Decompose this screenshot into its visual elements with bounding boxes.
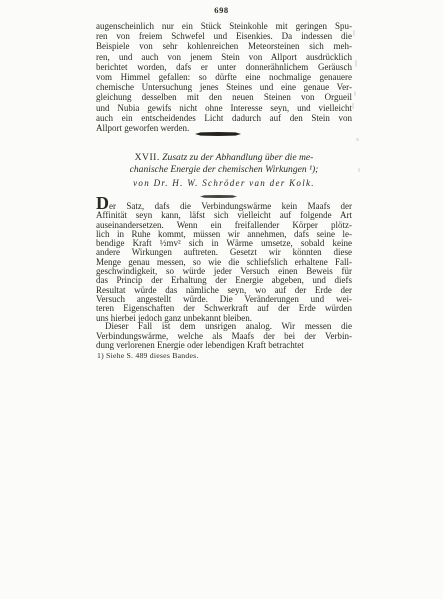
text-line: Allport geworfen werden. — [96, 123, 352, 133]
heading-line: XVII. Zusatz zu der Abhandlung über die … — [90, 152, 358, 164]
heading-author-line: von Dr. H. W. Schröder van der Kolk. — [90, 177, 358, 189]
text-line: ren von freiem Schwefel und Eisenkies. D… — [96, 31, 352, 41]
scan-speck — [354, 91, 356, 96]
footnote: 1) Siehe S. 489 dieses Bandes. — [97, 351, 353, 360]
text-line: ren, und auch von jenem Stein von Allpor… — [96, 52, 352, 62]
article-number: XVII. — [135, 152, 160, 163]
heading-line: chanische Energie der chemischen Wirkung… — [90, 164, 358, 176]
initial-capital: D — [96, 197, 109, 209]
text-line: berichtet worden, dafs er unter donneräh… — [96, 62, 352, 72]
scanned-book-page: 698 augenscheinlich nur ein Stück Steink… — [0, 0, 443, 599]
text-line: Beispiele von sehr kohlenreichen Meteors… — [96, 41, 352, 51]
scan-speck — [356, 138, 359, 141]
text-line: augenscheinlich nur ein Stück Steinkohle… — [96, 21, 352, 31]
scan-speck — [352, 103, 354, 109]
scan-speck — [355, 60, 357, 67]
text-line: gleichung desselben mit den neuen Steine… — [96, 92, 352, 102]
heading-text: Zusatz zu der Abhandlung über die me- — [162, 152, 313, 163]
heading-divider-rule — [200, 195, 237, 198]
paragraph-continuation: augenscheinlich nur ein Stück Steinkohle… — [96, 21, 352, 133]
scan-speck — [358, 168, 360, 172]
body-paragraph: D er Satz, dafs die Verbindungswärme kei… — [96, 202, 352, 323]
section-divider-rule — [195, 132, 241, 136]
text-line: und Nubia gewifs nicht ohne Interesse se… — [96, 103, 352, 113]
article-heading: XVII. Zusatz zu der Abhandlung über die … — [90, 152, 358, 189]
second-paragraph: Dieser Fall ist dem unsrigen analog. Wir… — [96, 322, 352, 351]
page-number: 698 — [0, 5, 443, 15]
text-line: auch ein entscheidendes Licht dadurch au… — [96, 113, 352, 123]
text-line: dung verlorenen Energie oder lebendigen … — [96, 341, 352, 351]
scan-speck — [353, 30, 355, 36]
text-line: vom Himmel gefallen: so dürfte eine noch… — [96, 72, 352, 82]
text-line: chemische Untersuchung jenes Steines und… — [96, 82, 352, 92]
